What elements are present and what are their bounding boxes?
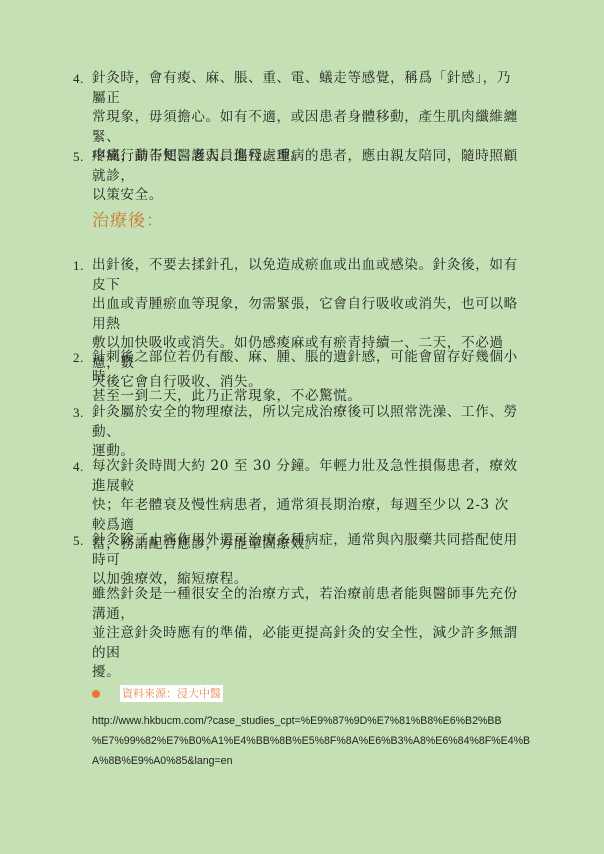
list-number: 5.	[73, 147, 91, 167]
text-line: 出針後，不要去揉針孔，以免造成瘀血或出血或感染。針灸後，如有皮下	[92, 256, 520, 295]
list-number: 5.	[73, 531, 91, 551]
text-line: 針灸除了止痛作用外還可治療多種病症，通常與內服藥共同搭配使用時可	[92, 531, 520, 570]
list-text: 針灸除了止痛作用外還可治療多種病症，通常與內服藥共同搭配使用時可 以加強療效，縮…	[92, 531, 520, 590]
list-item: 3. 針灸屬於安全的物理療法，所以完成治療後可以照常洗澡、工作、勞動、 運動。	[73, 403, 523, 462]
list-text: 針灸屬於安全的物理療法，所以完成治療後可以照常洗澡、工作、勞動、 運動。	[92, 403, 520, 462]
text-line: 擾。	[92, 663, 524, 683]
text-line: 常現象，毋須擔心。如有不適，或因患者身體移動，產生肌肉纖維纏緊、	[92, 108, 520, 147]
url-line[interactable]: %E7%99%82%E7%B0%A1%E4%BB%8B%E5%8F%8A%E6%…	[92, 731, 542, 751]
list-text: 針刺後之部位若仍有酸、麻、腫、脹的遺針感，可能會留存好幾個小時， 甚至一到二天，…	[92, 348, 520, 407]
text-line: 雖然針灸是一種很安全的治療方式，若治療前患者能與醫師事先充份溝通，	[92, 585, 524, 624]
text-line: 針刺後之部位若仍有酸、麻、腫、脹的遺針感，可能會留存好幾個小時，	[92, 348, 520, 387]
list-item: 5. 針灸除了止痛作用外還可治療多種病症，通常與內服藥共同搭配使用時可 以加強療…	[73, 531, 523, 590]
bullet-dot-icon	[92, 690, 100, 698]
list-number: 1.	[73, 256, 91, 276]
text-line: 出血或青腫瘀血等現象，勿需緊張，它會自行吸收或消失，也可以略用熱	[92, 295, 520, 334]
source-url[interactable]: http://www.hkbucm.com/?case_studies_cpt=…	[92, 711, 542, 771]
text-line: 針灸屬於安全的物理療法，所以完成治療後可以照常洗澡、工作、勞動、	[92, 403, 520, 442]
source-line: 資料來源：浸大中醫	[90, 685, 223, 702]
closing-paragraph: 雖然針灸是一種很安全的治療方式，若治療前患者能與醫師事先充份溝通， 並注意針灸時…	[92, 585, 524, 683]
url-line[interactable]: A%8B%E9%A0%85&lang=en	[92, 751, 542, 771]
text-line: 中風行動不便、老弱、傷殘、重病的患者，應由親友陪同，隨時照顧就診，	[92, 147, 520, 186]
list-number: 4.	[73, 457, 91, 477]
text-line: 快；年老體衰及慢性病患者，通常須長期治療，每週至少以 2-3 次較爲適	[92, 496, 520, 535]
url-line[interactable]: http://www.hkbucm.com/?case_studies_cpt=…	[92, 711, 542, 731]
list-number: 3.	[73, 403, 91, 423]
text-line: 針灸時，會有痠、麻、脹、重、電、蟻走等感覺，稱爲「針感」，乃屬正	[92, 69, 520, 108]
list-text: 中風行動不便、老弱、傷殘、重病的患者，應由親友陪同，隨時照顧就診， 以策安全。	[92, 147, 520, 206]
list-item: 2. 針刺後之部位若仍有酸、麻、腫、脹的遺針感，可能會留存好幾個小時， 甚至一到…	[73, 348, 523, 407]
list-number: 4.	[73, 69, 91, 89]
text-line: 每次針灸時間大約 20 至 30 分鐘。年輕力壯及急性損傷患者，療效進展較	[92, 457, 520, 496]
section-heading: 治療後：	[92, 206, 164, 231]
document-page: 4. 針灸時，會有痠、麻、脹、重、電、蟻走等感覺，稱爲「針感」，乃屬正 常現象，…	[0, 0, 604, 854]
text-line: 以策安全。	[92, 186, 520, 206]
source-label: 資料來源：浸大中醫	[120, 685, 223, 702]
list-item: 5. 中風行動不便、老弱、傷殘、重病的患者，應由親友陪同，隨時照顧就診， 以策安…	[73, 147, 523, 206]
list-number: 2.	[73, 348, 91, 368]
text-line: 並注意針灸時應有的準備，必能更提高針灸的安全性，減少許多無謂的困	[92, 624, 524, 663]
